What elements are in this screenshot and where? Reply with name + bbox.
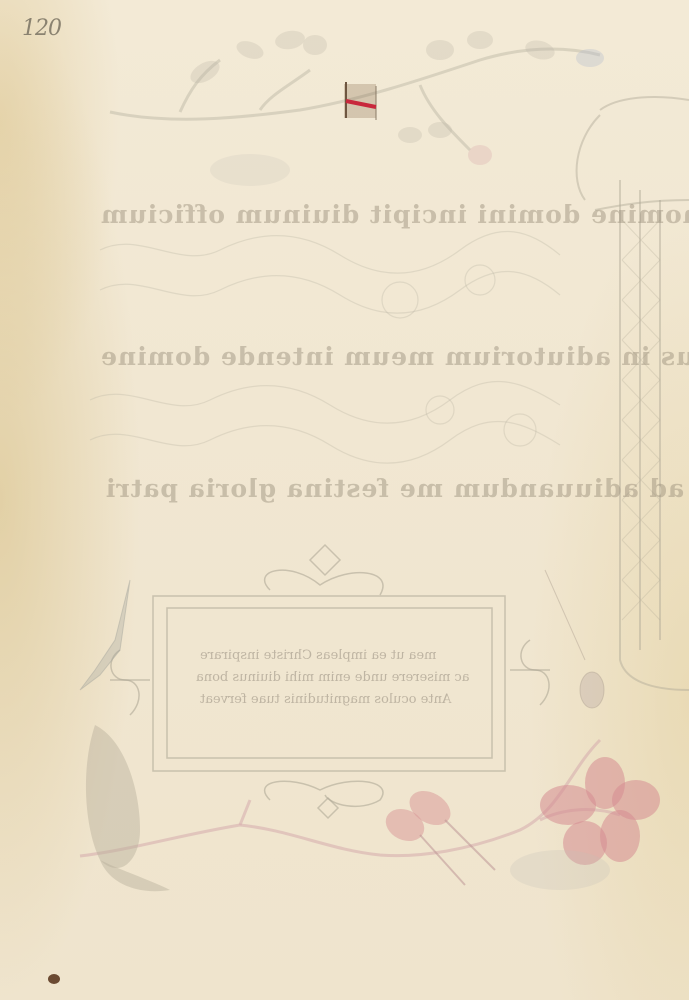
ink-blot (48, 974, 60, 984)
flower-shadow (510, 850, 610, 890)
manuscript-page: 120 (0, 0, 689, 1000)
rosehips (381, 784, 457, 847)
cartouche-line-3: Ante oculos magnitudinis tuae ferveat (200, 692, 451, 707)
cartouche-line-2: ac miserere unde enim mihi diuinus bona (196, 670, 470, 685)
bottom-leaf (86, 725, 170, 891)
left-insect (80, 580, 130, 690)
ghost-text-line-1: u nomine domini incipit diuinum officium (100, 200, 689, 229)
rubric-initial-mark (344, 82, 376, 120)
right-bud (545, 570, 604, 708)
ghost-text-line-3: ad adiuuandum me festina gloria patri (105, 474, 684, 503)
cartouche-line-1: mea ut ea impleas Christe inspirare (200, 648, 436, 663)
top-floral-leaves (187, 29, 604, 186)
ghost-text-line-2: u Deus in adiutorium meum intende domine (100, 342, 689, 371)
right-border-column (577, 97, 689, 690)
